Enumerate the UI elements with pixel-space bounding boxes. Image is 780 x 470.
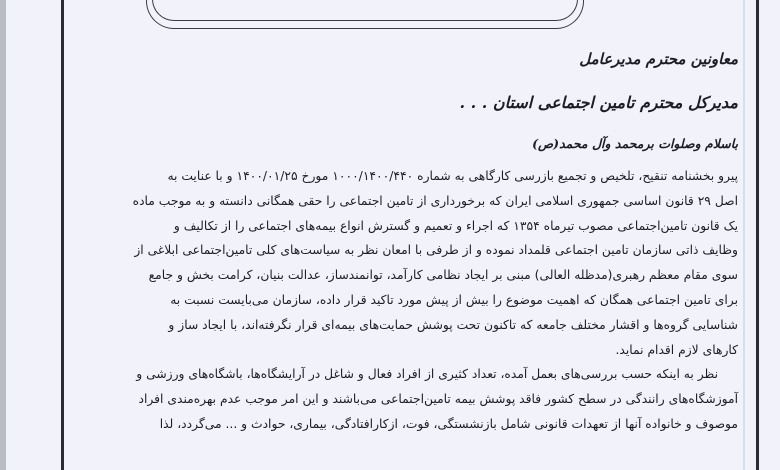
salutation-deputies: معاونین محترم مدیرعامل	[579, 49, 738, 69]
margin-rule	[743, 0, 745, 470]
body-line: برای تامین اجتماعی همگان که اهمیت موضوع …	[70, 288, 738, 313]
body-line: نظر به اینکه حسب بررسی‌های بعمل آمده، تع…	[70, 362, 738, 387]
body-line: اصل ۲۹ قانون اساسی جمهوری اسلامی ایران ک…	[70, 189, 738, 214]
paragraph-2: نظر به اینکه حسب بررسی‌های بعمل آمده، تع…	[70, 362, 738, 436]
letter-body: پیرو بخشنامه تنقیح، تلخیص و تجمیع بازرسی…	[70, 164, 738, 437]
body-line: پیرو بخشنامه تنقیح، تلخیص و تجمیع بازرسی…	[70, 164, 738, 189]
salutation-director-general: مدیرکل محترم تامین اجتماعی استان . . .	[459, 93, 738, 113]
body-line: وظایف ذاتی سازمان تامین اجتماعی قلمداد ن…	[70, 238, 738, 263]
salutation-greeting: باسلام وصلوات برمحمد وآل محمد(ص)	[532, 134, 738, 154]
body-line: یک قانون تامین‌اجتماعی مصوب تیرماه ۱۳۵۴ …	[70, 214, 738, 239]
paragraph-1: پیرو بخشنامه تنقیح، تلخیص و تجمیع بازرسی…	[70, 164, 738, 362]
body-line: موصوف و خانواده آنها از تعهدات قانونی شا…	[70, 412, 738, 437]
body-line: شناسایی گروه‌ها و اقشار مختلف جامعه که ت…	[70, 313, 738, 338]
body-line: کارهای لازم اقدام نماید.	[70, 338, 738, 363]
page-border-left	[61, 0, 64, 470]
letterhead-frame-outer	[146, 0, 584, 29]
body-line: آموزشگاه‌های رانندگی در سطح کشور فاقد پو…	[70, 387, 738, 412]
body-line: سوی مقام معظم رهبری(مدظله العالی) مبنی ب…	[70, 263, 738, 288]
page-border-right	[756, 0, 759, 470]
document-page: معاونین محترم مدیرعامل مدیرکل محترم تامی…	[6, 0, 780, 470]
